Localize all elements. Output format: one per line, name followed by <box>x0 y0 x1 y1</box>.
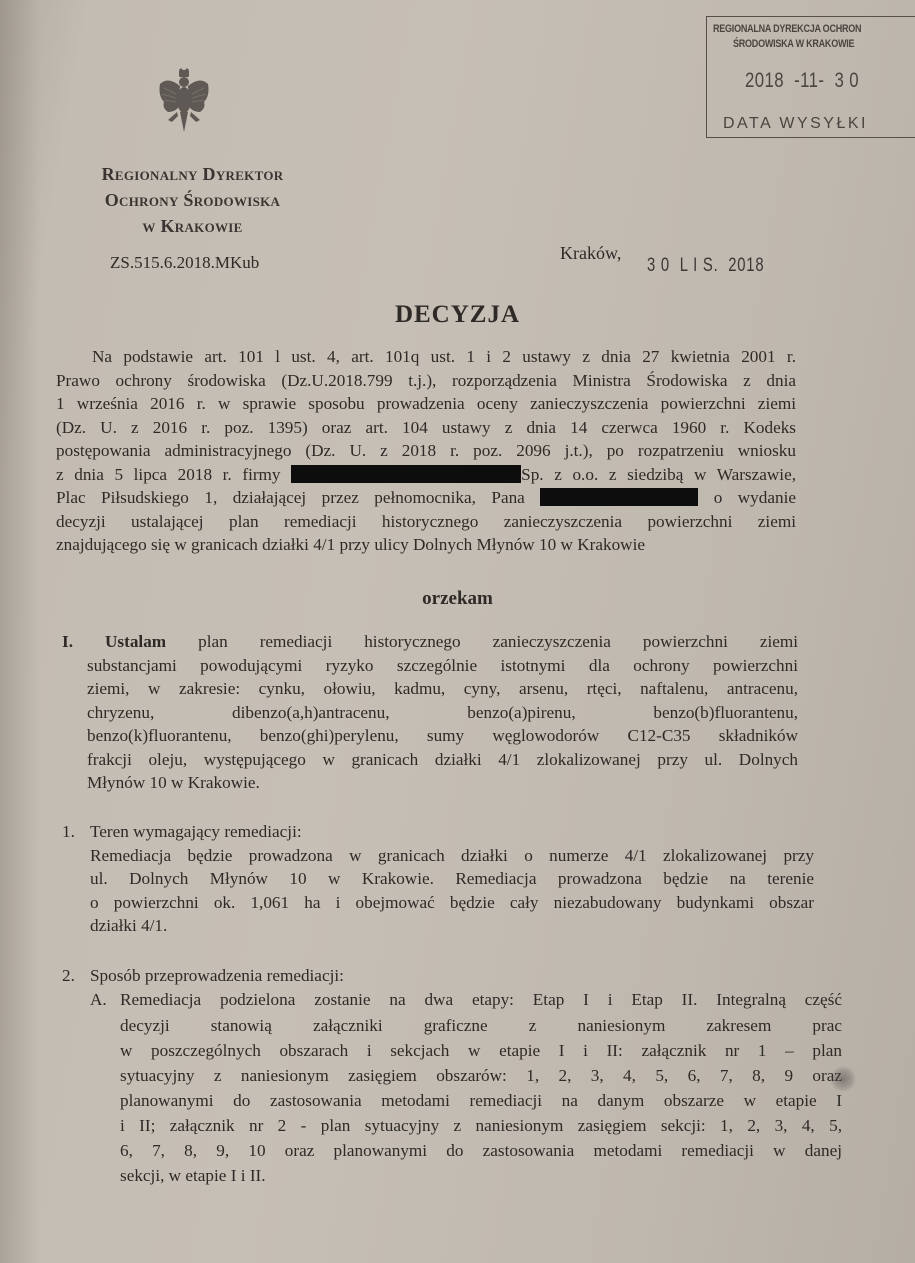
item-1-line: Remediacja będzie prowadzona w granicach… <box>90 844 814 868</box>
preamble-text: Plac Piłsudskiego 1, działającej przez p… <box>56 488 525 507</box>
item-heading: Teren wymagający remediacji: <box>90 822 302 841</box>
section-keyword: Ustalam <box>105 632 166 651</box>
page-shadow <box>0 0 40 1263</box>
item-2A-line: i II; załącznik nr 2 - plan sytuacyjny z… <box>120 1113 842 1138</box>
item-heading: Sposób przeprowadzenia remediacji: <box>90 966 344 985</box>
item-2A-line: sytuacyjny z naniesionym zasięgiem obsza… <box>120 1063 842 1088</box>
item-1: 1.Teren wymagający remediacji: Remediacj… <box>62 820 814 938</box>
preamble-line: Prawo ochrony środowiska (Dz.U.2018.799 … <box>56 369 796 393</box>
sub-item-letter: A. <box>90 988 120 1012</box>
item-2A-line: planowanymi do zastosowania metodami rem… <box>120 1088 842 1113</box>
item-1-line: działki 4/1. <box>90 914 814 938</box>
sub-item-text: Remediacja podzielona zostanie na dwa et… <box>120 990 842 1009</box>
preamble-line: znajdującego się w granicach działki 4/1… <box>56 533 796 557</box>
stamp-date: 2018 -11- 3 0 <box>745 69 859 93</box>
item-1-line: ul. Dolnych Młynów 10 w Krakowie. Remedi… <box>90 867 814 891</box>
section-text: plan remediacji historycznego zanieczysz… <box>198 632 798 651</box>
preamble: Na podstawie art. 101 l ust. 4, art. 101… <box>56 345 796 557</box>
item-2A-line: 6, 7, 8, 9, 10 oraz planowanymi do zasto… <box>120 1138 842 1163</box>
authority-line-3: w Krakowie <box>40 213 345 239</box>
section-number: I. <box>62 632 73 651</box>
redacted-attorney-name <box>540 488 698 506</box>
dispatch-stamp: REGIONALNA DYREKCJA OCHRON ŚRODOWISKA W … <box>706 16 915 138</box>
reference-number: ZS.515.6.2018.MKub <box>110 253 259 273</box>
item-1-line: o powierzchni ok. 1,061 ha i obejmować b… <box>90 891 814 915</box>
preamble-text: Sp. z o.o. z siedzibą w Warszawie, <box>521 465 796 484</box>
stamp-line-2: ŚRODOWISKA W KRAKOWIE <box>733 38 854 50</box>
preamble-line: 1 września 2016 r. w sprawie sposobu pro… <box>56 392 796 416</box>
ink-smudge <box>830 1066 856 1092</box>
section-I-line: substancjami powodującymi ryzyko szczegó… <box>87 654 798 678</box>
preamble-line: postępowania administracyjnego (Dz. U. z… <box>56 439 796 463</box>
document-title: DECYZJA <box>0 301 915 329</box>
item-2: 2.Sposób przeprowadzenia remediacji: A.R… <box>62 964 842 1188</box>
item-2A-line: w poszczególnych obszarach i sekcjach w … <box>120 1038 842 1063</box>
issue-date-stamp: 3 0 L I S. 2018 <box>647 255 764 277</box>
preamble-line: Plac Piłsudskiego 1, działającej przez p… <box>56 486 796 510</box>
preamble-line: z dnia 5 lipca 2018 r. firmy Sp. z o.o. … <box>56 463 796 487</box>
item-number: 1. <box>62 820 90 844</box>
preamble-line: (Dz. U. z 2016 r. poz. 1395) oraz art. 1… <box>56 416 796 440</box>
preamble-line: decyzji ustalającej plan remediacji hist… <box>56 510 796 534</box>
polish-eagle-icon <box>158 68 210 136</box>
item-number: 2. <box>62 964 90 988</box>
redacted-company-name <box>291 465 521 483</box>
authority-line-2: Ochrony Środowiska <box>40 187 345 213</box>
ruling-heading: orzekam <box>0 588 915 610</box>
document-page: REGIONALNA DYREKCJA OCHRON ŚRODOWISKA W … <box>0 0 915 1263</box>
item-2A-line: decyzji stanowią załączniki graficzne z … <box>120 1013 842 1038</box>
section-I-line: frakcji oleju, występującego w granicach… <box>87 748 798 772</box>
item-1-heading-row: 1.Teren wymagający remediacji: <box>62 820 814 844</box>
section-I: I. Ustalam plan remediacji historycznego… <box>62 630 798 795</box>
section-I-line: I. Ustalam plan remediacji historycznego… <box>62 630 798 654</box>
issuing-authority: Regionalny Dyrektor Ochrony Środowiska w… <box>40 161 345 239</box>
section-I-line: benzo(k)fluorantenu, benzo(ghi)perylenu,… <box>87 724 798 748</box>
section-I-line: Młynów 10 w Krakowie. <box>87 771 798 795</box>
stamp-line-1: REGIONALNA DYREKCJA OCHRON <box>713 23 861 35</box>
item-2A-line: sekcji, w etapie I i II. <box>120 1163 842 1188</box>
preamble-line: Na podstawie art. 101 l ust. 4, art. 101… <box>56 345 796 369</box>
authority-line-1: Regionalny Dyrektor <box>40 161 345 187</box>
item-2-heading-row: 2.Sposób przeprowadzenia remediacji: <box>62 964 842 988</box>
section-I-line: chryzenu, dibenzo(a,h)antracenu, benzo(a… <box>87 701 798 725</box>
item-2A-first-row: A.Remediacja podzielona zostanie na dwa … <box>90 988 842 1013</box>
preamble-text: z dnia 5 lipca 2018 r. firmy <box>56 465 281 484</box>
place-of-issue: Kraków, <box>560 243 621 264</box>
section-I-line: ziemi, w zakresie: cynku, ołowiu, kadmu,… <box>87 677 798 701</box>
stamp-label: DATA WYSYŁKI <box>723 115 868 133</box>
preamble-text: o wydanie <box>714 488 796 507</box>
